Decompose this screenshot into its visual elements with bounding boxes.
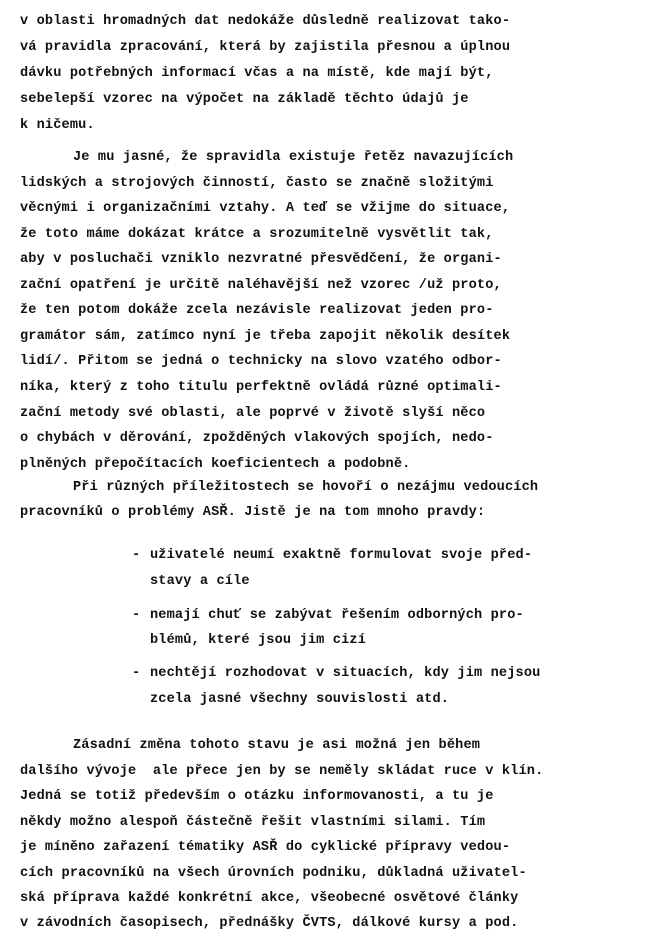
p2-line-4: že toto máme dokázat krátce a srozumitel…	[20, 226, 494, 244]
bullet-3-line-2: zcela jasné všechny souvislosti atd.	[150, 691, 449, 709]
bullet-3-line-1: nechtějí rozhodovat v situacích, kdy jim…	[150, 665, 540, 683]
p2-line-9: lidí/. Přitom se jedná o technicky na sl…	[20, 353, 502, 371]
bullet-dash-3: -	[132, 665, 140, 683]
p2-line-7: že ten potom dokáže zcela nezávisle real…	[20, 302, 494, 320]
p2-line-8: gramátor sám, zatímco nyní je třeba zapo…	[20, 328, 510, 346]
p4-line-8: v závodních časopisech, přednášky ČVTS, …	[20, 915, 518, 933]
p4-line-3: Jedná se totiž především o otázku inform…	[20, 788, 494, 806]
p4-line-5: je míněno zařazení tématiky ASŘ do cykli…	[20, 839, 510, 857]
p2-line-12: o chybách v děrování, zpožděných vlakový…	[20, 430, 494, 448]
bullet-2-line-1: nemají chuť se zabývat řešením odborných…	[150, 607, 524, 625]
p3-line-1: Při různých příležitostech se hovoří o n…	[73, 479, 538, 497]
bullet-2-line-2: blémů, které jsou jim cizí	[150, 632, 366, 650]
p2-line-11: zační metody své oblasti, ale poprvé v ž…	[20, 405, 485, 423]
p2-line-1: Je mu jasné, že spravidla existuje řetěz…	[73, 149, 513, 167]
p1-line-4: sebelepší vzorec na výpočet na základě t…	[20, 91, 469, 109]
p1-line-2: vá pravidla zpracování, která by zajisti…	[20, 39, 510, 57]
p1-line-3: dávku potřebných informací včas a na mís…	[20, 65, 494, 83]
p1-line-5: k ničemu.	[20, 117, 95, 135]
p2-line-2: lidských a strojových činností, často se…	[20, 175, 494, 193]
p4-line-6: cích pracovníků na všech úrovních podnik…	[20, 865, 527, 883]
p2-line-5: aby v posluchači vzniklo nezvratné přesv…	[20, 251, 502, 269]
p4-line-4: někdy možno alespoň částečně řešit vlast…	[20, 814, 485, 832]
bullet-dash-2: -	[132, 607, 140, 625]
p3-line-2: pracovníků o problémy ASŘ. Jistě je na t…	[20, 504, 485, 522]
p1-line-1: v oblasti hromadných dat nedokáže důsled…	[20, 13, 510, 31]
p2-line-6: zační opatření je určitě naléhavější než…	[20, 277, 502, 295]
typewritten-page: v oblasti hromadných dat nedokáže důsled…	[0, 0, 671, 936]
p4-line-2: dalšího vývoje ale přece jen by se neměl…	[20, 763, 543, 781]
p4-line-7: ská příprava každé konkrétní akce, všeob…	[20, 890, 518, 908]
p2-line-10: níka, který z toho titulu perfektně ovlá…	[20, 379, 502, 397]
bullet-1-line-2: stavy a cíle	[150, 573, 250, 591]
p2-line-13: plněných přepočítacích koeficientech a p…	[20, 456, 410, 474]
p2-line-3: věcnými i organizačními vztahy. A teď se…	[20, 200, 510, 218]
bullet-1-line-1: uživatelé neumí exaktně formulovat svoje…	[150, 547, 532, 565]
bullet-dash-1: -	[132, 547, 140, 565]
p4-line-1: Zásadní změna tohoto stavu je asi možná …	[73, 737, 480, 755]
